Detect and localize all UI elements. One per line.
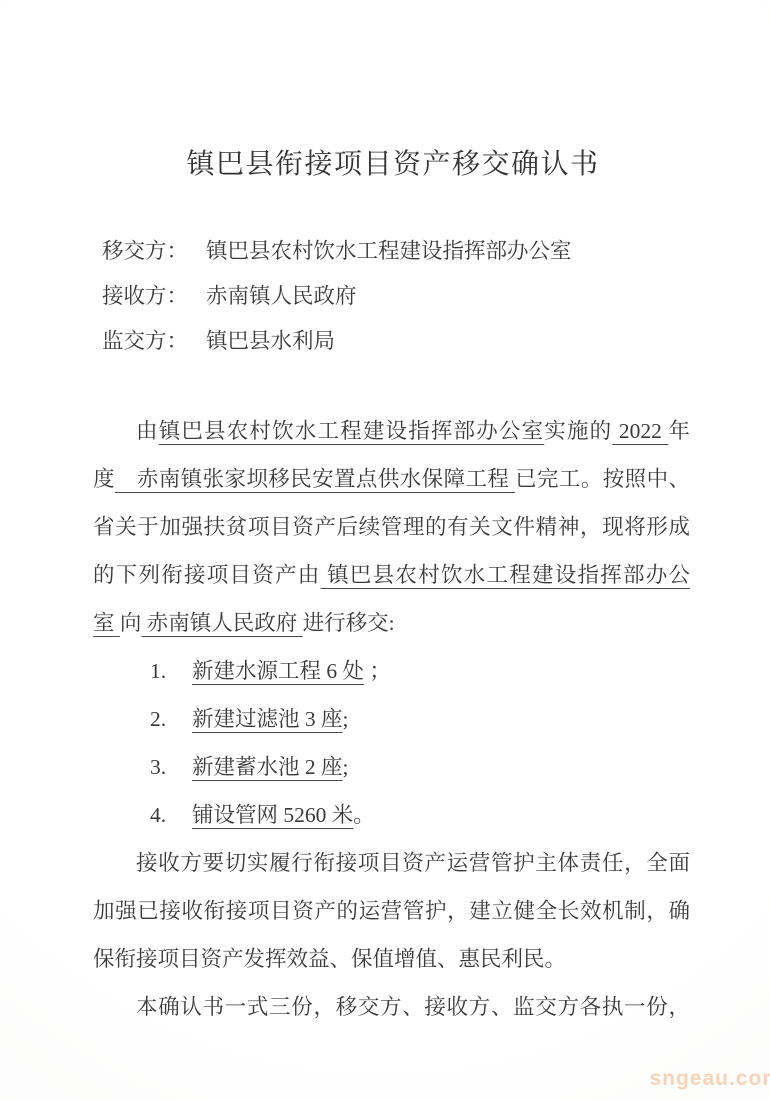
body-line: 度 赤南镇张家坝移民安置点供水保障工程 已完工。按照中、 <box>93 455 690 503</box>
underlined-segment: 镇巴县农村饮水工程建设指挥部办公 <box>321 563 690 587</box>
list-punct: ； <box>364 659 391 683</box>
body-line: 接收方要切实履行衔接项目资产运营管护主体责任，全面 <box>93 839 690 887</box>
text-segment: 由 <box>136 419 159 443</box>
body-line: 的下列衔接项目资产由 镇巴县农村饮水工程建设指挥部办公 <box>93 551 690 599</box>
text-segment: 度 <box>93 467 115 491</box>
party-value: 镇巴县农村饮水工程建设指挥部办公室 <box>206 229 572 274</box>
body-line: 本确认书一式三份，移交方、接收方、监交方各执一份， <box>93 983 690 1031</box>
list-text: 新建蓄水池 2 座 <box>192 755 343 779</box>
watermark: sngeau.com <box>649 1067 770 1091</box>
party-value: 赤南镇人民政府 <box>206 274 357 319</box>
document-title: 镇巴县衔接项目资产移交确认书 <box>0 0 770 184</box>
list-text: 铺设管网 5260 米 <box>192 803 353 827</box>
body-line: 省关于加强扶贫项目资产后续管理的有关文件精神，现将形成 <box>93 503 690 551</box>
list-number: 4. <box>150 791 192 839</box>
body-line: 室 向 赤南镇人民政府 进行移交: <box>93 599 690 647</box>
underlined-segment: 室 <box>93 611 120 635</box>
text-segment: 省关于加强扶贫项目资产后续管理的有关文件精神，现将形成 <box>93 515 690 539</box>
underlined-segment: 2022 <box>612 419 668 443</box>
list-number: 1. <box>150 647 192 695</box>
text-segment: 实施的 <box>544 419 612 443</box>
body-line: 加强已接收衔接项目资产的运营管护，建立健全长效机制，确 <box>93 887 690 935</box>
list-item: 2.新建过滤池 3 座; <box>93 695 690 743</box>
list-text: 新建过滤池 3 座 <box>192 707 343 731</box>
text-segment: 保衔接项目资产发挥效益、保值增值、惠民利民。 <box>93 947 566 971</box>
text-segment: 已完工。按照中、 <box>515 467 690 491</box>
parties-block: 移交方： 镇巴县农村饮水工程建设指挥部办公室 接收方： 赤南镇人民政府 监交方：… <box>102 229 770 364</box>
text-segment: 接收方要切实履行衔接项目资产运营管护主体责任，全面 <box>136 851 690 875</box>
text-segment: 本确认书一式三份，移交方、接收方、监交方各执一份， <box>136 995 690 1019</box>
party-value: 镇巴县水利局 <box>206 319 335 364</box>
party-label: 接收方： <box>102 274 188 319</box>
text-segment: 的下列衔接项目资产由 <box>93 563 321 587</box>
document-body: 由镇巴县农村饮水工程建设指挥部办公室实施的 2022 年 度 赤南镇张家坝移民安… <box>93 407 690 1031</box>
body-line: 由镇巴县农村饮水工程建设指挥部办公室实施的 2022 年 <box>93 407 690 455</box>
underlined-segment: 赤南镇人民政府 <box>141 611 302 635</box>
text-segment: 年 <box>668 419 690 443</box>
list-item: 3.新建蓄水池 2 座; <box>93 743 690 791</box>
party-row-transferor: 移交方： 镇巴县农村饮水工程建设指挥部办公室 <box>102 229 770 274</box>
list-number: 2. <box>150 695 192 743</box>
underlined-segment: 镇巴县农村饮水工程建设指挥部办公室 <box>159 419 545 443</box>
text-segment: 向 <box>120 611 142 635</box>
list-item: 1.新建水源工程 6 处 ； <box>93 647 690 695</box>
party-row-receiver: 接收方： 赤南镇人民政府 <box>102 274 770 319</box>
text-segment: 进行移交: <box>303 611 395 635</box>
text-segment: 加强已接收衔接项目资产的运营管护，建立健全长效机制，确 <box>93 899 690 923</box>
list-punct: 。 <box>353 803 375 827</box>
scanned-document-page: 镇巴县衔接项目资产移交确认书 移交方： 镇巴县农村饮水工程建设指挥部办公室 接收… <box>0 0 770 1099</box>
list-item: 4.铺设管网 5260 米。 <box>93 791 690 839</box>
body-line: 保衔接项目资产发挥效益、保值增值、惠民利民。 <box>93 935 690 983</box>
party-label: 监交方： <box>102 319 188 364</box>
list-punct: ; <box>343 755 349 779</box>
list-number: 3. <box>150 743 192 791</box>
party-row-supervisor: 监交方： 镇巴县水利局 <box>102 319 770 364</box>
underlined-segment: 赤南镇张家坝移民安置点供水保障工程 <box>115 467 515 491</box>
party-label: 移交方： <box>102 229 188 274</box>
list-text: 新建水源工程 6 处 <box>192 659 364 683</box>
list-punct: ; <box>343 707 349 731</box>
